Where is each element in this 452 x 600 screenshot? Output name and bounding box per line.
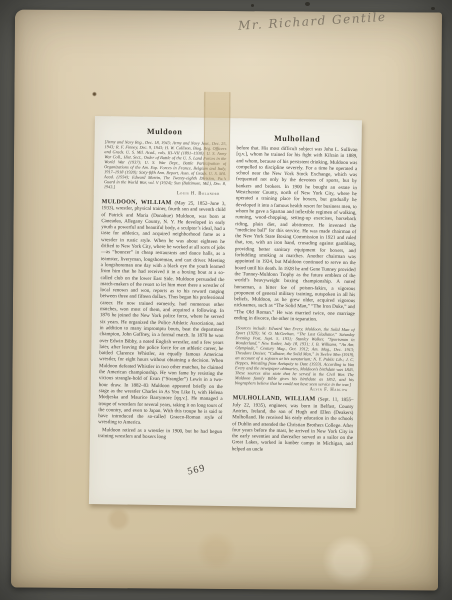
edge-speck [305,2,310,6]
muldoon-bibliography: [Sources include: Edward Van Every, Muld… [235,326,355,388]
mulholland-entry-name: MULHOLLAND, WILLIAM [233,396,316,403]
muldoon-entry-paragraph-2: Muldoon retired as a wrestler in 1900, b… [98,428,222,443]
muldoon-entry-continuation: before that. His most difficult subject … [234,146,358,324]
prev-entry-signature: Louis H. Bolander [102,190,220,198]
muldoon-signature: Alvin F. Harlow [233,387,348,395]
edge-speck [431,7,435,10]
edge-speck [251,4,254,7]
muldoon-entry-body: (May 25, 1852–June 3, 1933), wrestler, p… [98,201,226,426]
page-column-left: Muldoon [Army and Navy Reg., Dec. 18, 19… [97,126,227,496]
page-column-right: Mulholland before that. His most difficu… [231,133,358,503]
muldoon-entry-name: MULDOON, WILLIAM [102,199,172,206]
photo-background: Mr. Richard Gentile Muldoon [Army and Na… [0,0,452,600]
running-head-right: Mulholland [237,133,358,144]
mulholland-entry-body: (Sept. 11, 1855–July 22, 1935), engineer… [232,398,354,453]
tape-strip [204,92,231,180]
muldoon-entry: MULDOON, WILLIAM (May 25, 1852–June 3, 1… [98,199,226,429]
mulholland-entry: MULHOLLAND, WILLIAM (Sept. 11, 1855–July… [232,396,354,456]
